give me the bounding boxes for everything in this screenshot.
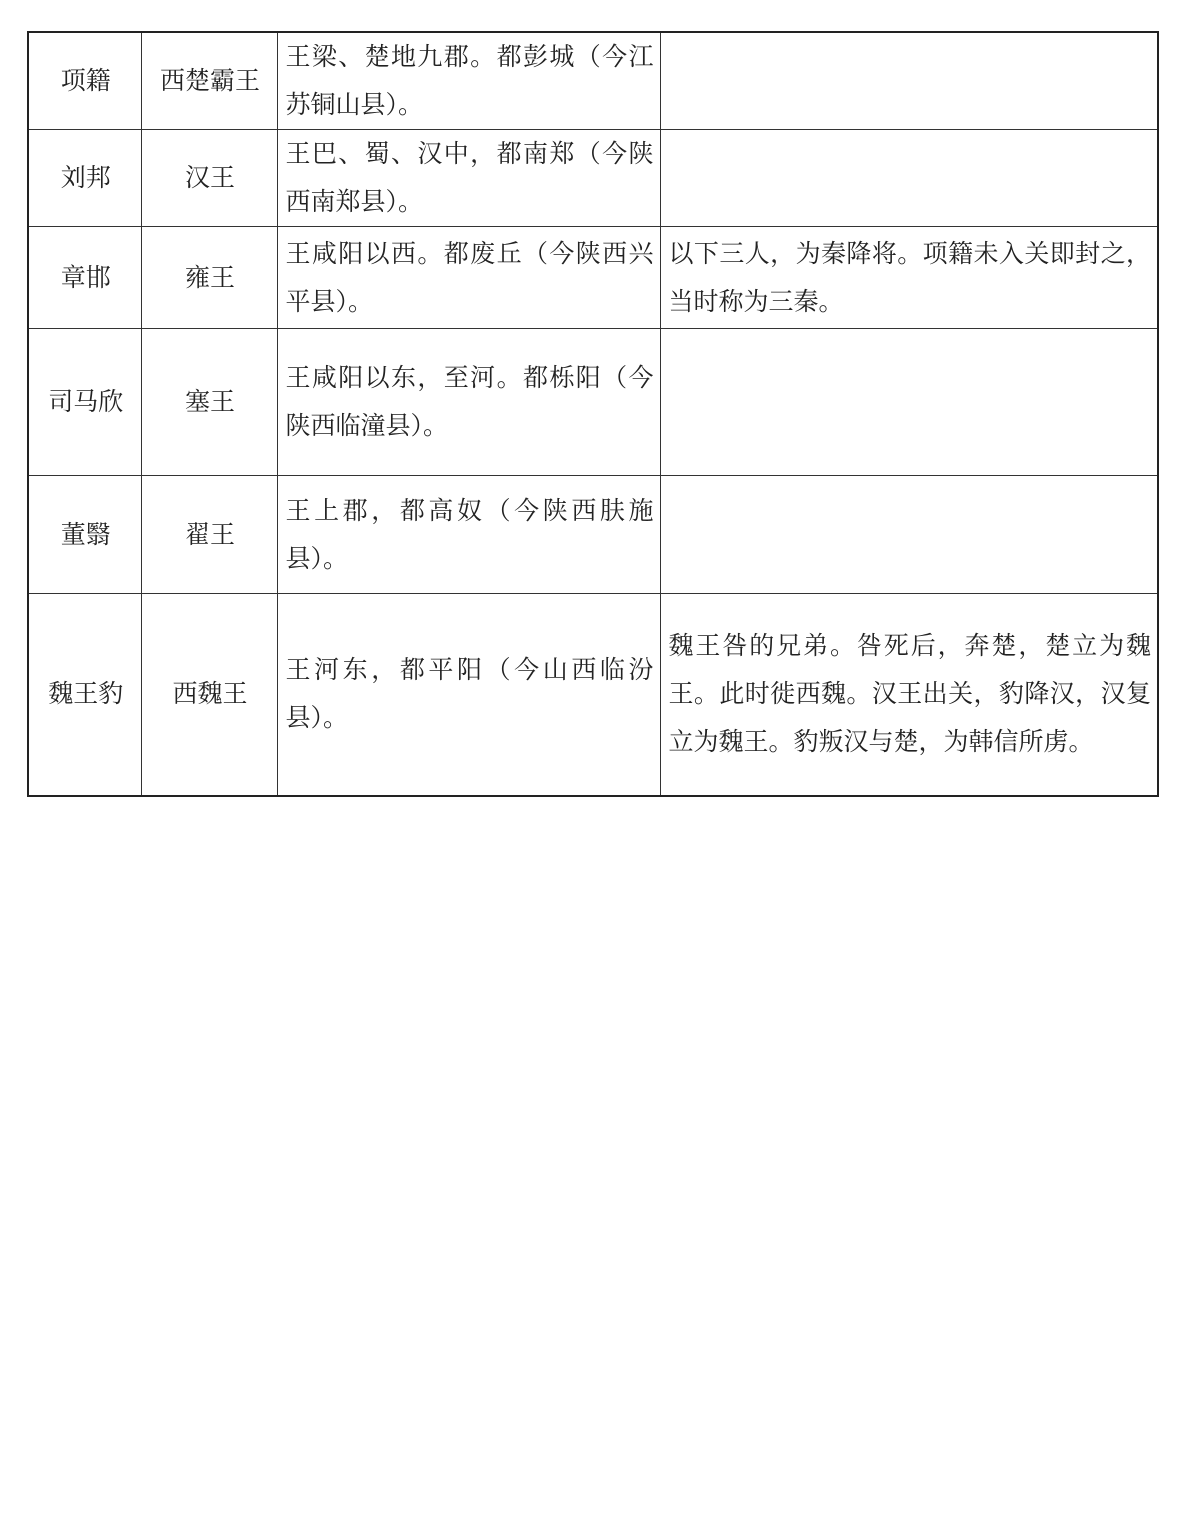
- table-row: 魏王豹 西魏王 王河东，都平阳（今山西临汾县）。 魏王咎的兄弟。咎死后，奔楚，楚…: [28, 594, 1158, 796]
- name-cell: 董翳: [28, 476, 141, 594]
- name-cell: 项籍: [28, 32, 141, 130]
- table-row: 项籍 西楚霸王 王梁、楚地九郡。都彭城（今江苏铜山县）。: [28, 32, 1158, 130]
- fief-cell: 王咸阳以西。都废丘（今陕西兴平县）。: [277, 227, 660, 329]
- title-cell: 翟王: [141, 476, 277, 594]
- note-cell: [660, 130, 1158, 227]
- note-cell: 以下三人，为秦降将。项籍未入关即封之，当时称为三秦。: [660, 227, 1158, 329]
- table-row: 刘邦 汉王 王巴、蜀、汉中，都南郑（今陕西南郑县）。: [28, 130, 1158, 227]
- table-row: 司马欣 塞王 王咸阳以东，至河。都栎阳（今陕西临潼县）。: [28, 329, 1158, 476]
- title-cell: 西楚霸王: [141, 32, 277, 130]
- note-cell: 魏王咎的兄弟。咎死后，奔楚，楚立为魏王。此时徙西魏。汉王出关，豹降汉，汉复立为魏…: [660, 594, 1158, 796]
- name-cell: 魏王豹: [28, 594, 141, 796]
- title-cell: 塞王: [141, 329, 277, 476]
- table-row: 董翳 翟王 王上郡，都高奴（今陕西肤施县）。: [28, 476, 1158, 594]
- title-cell: 汉王: [141, 130, 277, 227]
- fief-cell: 王梁、楚地九郡。都彭城（今江苏铜山县）。: [277, 32, 660, 130]
- name-cell: 章邯: [28, 227, 141, 329]
- fief-cell: 王河东，都平阳（今山西临汾县）。: [277, 594, 660, 796]
- note-cell: [660, 329, 1158, 476]
- enfeoffment-table: 项籍 西楚霸王 王梁、楚地九郡。都彭城（今江苏铜山县）。 刘邦 汉王 王巴、蜀、…: [27, 31, 1159, 797]
- fief-cell: 王咸阳以东，至河。都栎阳（今陕西临潼县）。: [277, 329, 660, 476]
- title-cell: 雍王: [141, 227, 277, 329]
- name-cell: 刘邦: [28, 130, 141, 227]
- title-cell: 西魏王: [141, 594, 277, 796]
- note-cell: [660, 476, 1158, 594]
- fief-cell: 王上郡，都高奴（今陕西肤施县）。: [277, 476, 660, 594]
- fief-cell: 王巴、蜀、汉中，都南郑（今陕西南郑县）。: [277, 130, 660, 227]
- table-row: 章邯 雍王 王咸阳以西。都废丘（今陕西兴平县）。 以下三人，为秦降将。项籍未入关…: [28, 227, 1158, 329]
- name-cell: 司马欣: [28, 329, 141, 476]
- note-cell: [660, 32, 1158, 130]
